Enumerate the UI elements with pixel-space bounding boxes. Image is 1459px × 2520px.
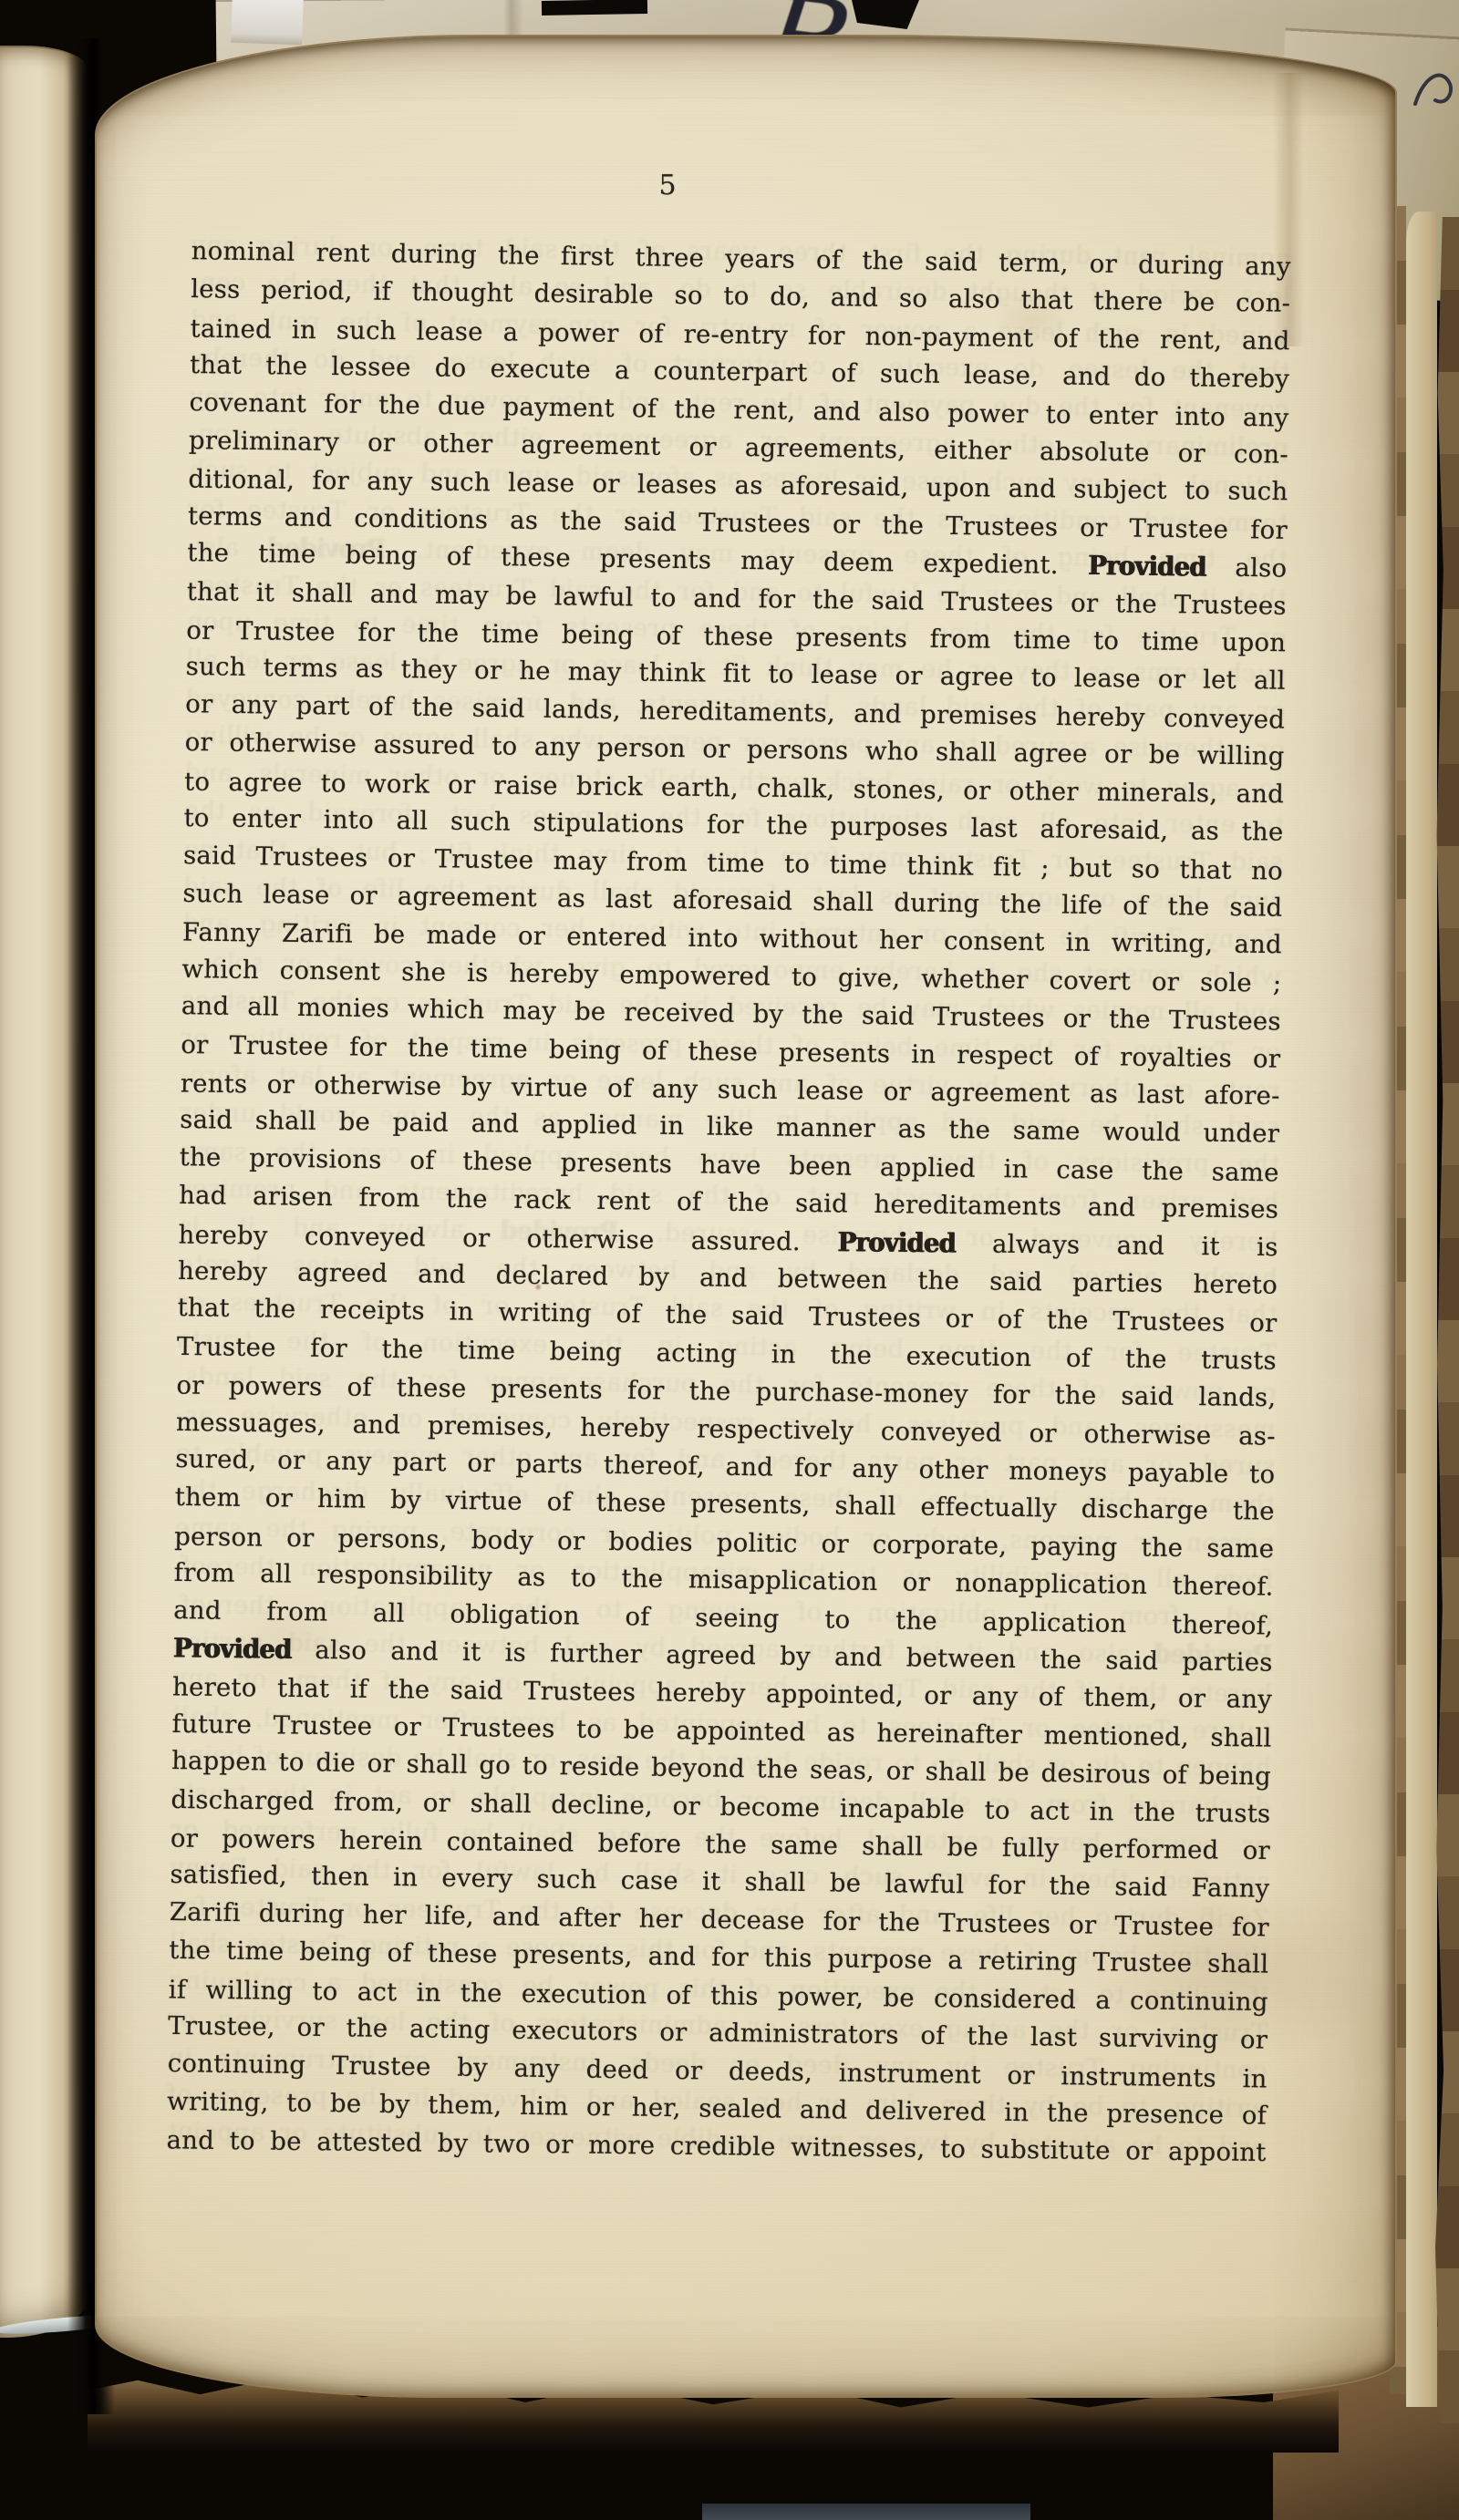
page-edge-stack bbox=[1406, 212, 1437, 2407]
main-page: 5 nominal rent during the first three ye… bbox=[95, 35, 1397, 2398]
blackletter-word: Provided bbox=[837, 1223, 956, 1264]
body-text: nominal rent during the first three year… bbox=[166, 233, 1291, 2173]
text-segment: hereby conveyed or otherwise assured. bbox=[178, 1220, 837, 1256]
blackletter-word: Provided bbox=[172, 1629, 291, 1670]
page-edge-stack bbox=[1435, 217, 1459, 2423]
background-shadow bbox=[542, 0, 647, 15]
text-segment: also bbox=[1205, 553, 1287, 584]
page-number: 5 bbox=[635, 170, 700, 201]
paper-sliver bbox=[231, 0, 304, 45]
book-photo: B 5 nominal rent during the first three … bbox=[0, 0, 1459, 2520]
bottom-gray-strip bbox=[702, 2504, 1030, 2520]
text-segment: always and it is bbox=[956, 1229, 1278, 1262]
text-segment: and to be attested by two or more credib… bbox=[166, 2126, 1266, 2168]
handwriting-flourish-icon bbox=[1408, 57, 1459, 113]
blackletter-word: Provided bbox=[1088, 547, 1206, 588]
